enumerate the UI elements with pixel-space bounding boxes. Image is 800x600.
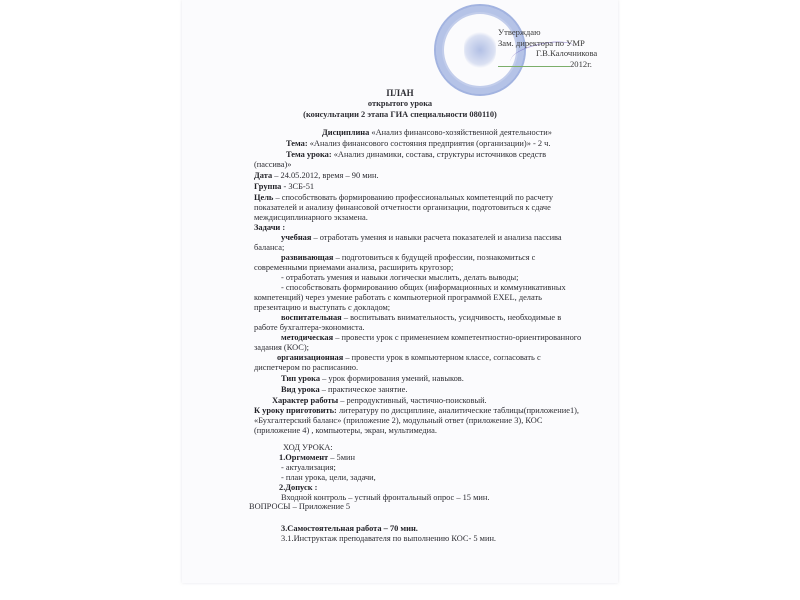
topic-line: Тема: «Анализ финансового состояния пред… (286, 139, 550, 149)
goal-line-2: показателей и анализу финансовой отчетно… (254, 203, 551, 213)
approval-line-1: Утверждаю (498, 27, 597, 38)
step-1-line: 1.Оргмомент – 5мин (279, 453, 355, 463)
date-line: Дата – 24.05.2012, время – 90 мин. (254, 171, 379, 181)
tasks-heading: Задачи : (254, 223, 285, 233)
prepare-line-2: «Бухгалтерский баланс» (приложение 2), м… (254, 416, 543, 426)
task-upbringing-cont: работе бухгалтера-экономиста. (254, 323, 365, 333)
task-educational: учебная – отработать умения и навыки рас… (281, 233, 562, 243)
approval-year: 2012г. (570, 59, 592, 69)
lesson-topic-line-2: (пассива)» (254, 160, 291, 170)
lesson-kind-line: Вид урока – практическое занятие. (281, 385, 407, 395)
task-methodical: методическая – провести урок с применени… (281, 333, 581, 343)
document-subtitle: открытого урока (0, 99, 800, 109)
goal-line-3: междисциплинарного экзамена. (254, 213, 368, 223)
group-line: Группа - 3СБ-51 (254, 182, 314, 192)
approval-line-3: Г.В.Калочникова (498, 48, 597, 59)
approval-line-2: Зам. директора по УМР (498, 38, 597, 49)
prepare-line-3: (приложение 4) , компьютеры, экран, муль… (254, 426, 437, 436)
work-character-line: Характер работы – репродуктивный, частич… (272, 396, 487, 406)
prepare-line: К уроку приготовить: литературу по дисци… (254, 406, 579, 416)
approval-block: Утверждаю Зам. директора по УМР Г.В.Кало… (498, 27, 597, 69)
step-1-item-2: - план урока, цели, задачи, (281, 473, 376, 483)
task-developing-cont: современными приемами анализа, расширить… (254, 263, 453, 273)
task-educational-cont: баланса; (254, 243, 284, 253)
coat-of-arms-icon (464, 32, 496, 68)
task-methodical-cont: задания (КОС); (254, 343, 309, 353)
document-title: ПЛАН (0, 88, 800, 98)
step-2-line: 2.Допуск : (279, 483, 317, 493)
discipline-line: Дисциплина «Анализ финансово-хозяйственн… (322, 128, 552, 138)
lesson-progress-heading: ХОД УРОКА: (283, 443, 333, 453)
goal-line: Цель – способствовать формированию профе… (254, 193, 553, 203)
document-subtitle-2: (консультации 2 этапа ГИА специальности … (0, 110, 800, 120)
task-logic: - отработать умения и навыки логически м… (281, 273, 518, 283)
task-competencies-cont: компетенций) через умение работать с ком… (254, 293, 542, 303)
step-3-line: 3.Самостоятельная работа – 70 мин. (281, 524, 418, 534)
task-competencies-cont-2: презентацию и выступать с докладом; (254, 303, 390, 313)
step-1-item-1: - актуализация; (281, 463, 336, 473)
lesson-type-line: Тип урока – урок формирования умений, на… (281, 374, 464, 384)
approval-date-line (498, 66, 570, 67)
task-competencies: - способствовать формированию общих (инф… (281, 283, 566, 293)
step-3-1-line: 3.1.Инструктаж преподавателя по выполнен… (281, 534, 496, 544)
task-developing: развивающая – подготовиться к будущей пр… (281, 253, 535, 263)
lesson-topic-line: Тема урока: «Анализ динамики, состава, с… (286, 150, 546, 160)
task-organizational-cont: диспетчером по расписанию. (254, 363, 358, 373)
questions-line: ВОПРОСЫ – Приложение 5 (249, 502, 350, 512)
task-organizational: организационная – провести урок в компью… (277, 353, 541, 363)
task-upbringing: воспитательная – воспитывать внимательно… (281, 313, 561, 323)
